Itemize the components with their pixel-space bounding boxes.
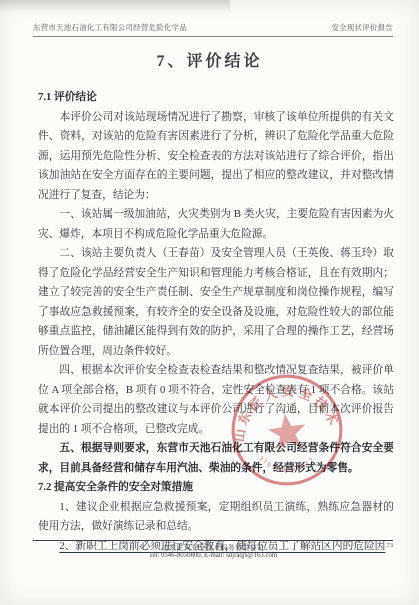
conclusion-item-2: 二、该站主要负责人（王春苗）及安全管理人员（王英俊、蒋玉玲）取得了危险化学品经营… xyxy=(38,244,394,361)
header-right-text: 安全现状评价报告 xyxy=(331,22,393,33)
footer-rule xyxy=(33,540,393,541)
header-left-text: 东营市天池石油化工有限公司经营危险化学品 xyxy=(33,22,187,33)
page-title: 7、评价结论 xyxy=(0,48,419,71)
footer-contact: Tel: 0546-8050800, E-mail: sdjraqjs@163.… xyxy=(33,552,393,559)
page-number: 73 xyxy=(387,542,394,549)
document-body: 7.1 评价结论 本评价公司对该站现场情况进行了勘察，审核了该单位所提供的有关文… xyxy=(38,88,394,556)
page-header: 东营市天池石油化工有限公司经营危险化学品 安全现状评价报告 xyxy=(33,22,393,37)
section-7-1-heading: 7.1 评价结论 xyxy=(38,88,394,108)
conclusion-item-5: 五、根据导则要求，东营市天池石油化工有限公司经营条件符合安全要求，目前具备经营和… xyxy=(38,439,394,478)
section-7-2-heading: 7.2 提高安全条件的安全对策措施 xyxy=(38,478,394,498)
measure-item-1: 1、建议企业根据应急救援预案，定期组织员工演练，熟练应急器材的使用方法，做好演练… xyxy=(38,498,394,537)
document-page: 东营市天池石油化工有限公司经营危险化学品 安全现状评价报告 7、评价结论 7.1… xyxy=(0,0,419,605)
conclusion-item-1: 一、该站属一级加油站，火灾类别为 B 类火灾，主要危险有害因素为火灾、爆炸，本项… xyxy=(38,205,394,244)
scan-shadow xyxy=(0,0,230,12)
conclusion-item-4: 四、根据本次评价安全检查表检查结果和整改情况复查结果，被评价单位 A 项全部合格… xyxy=(38,361,394,439)
intro-paragraph: 本评价公司对该站现场情况进行了勘察，审核了该单位所提供的有关文件、资料，对该站的… xyxy=(38,108,394,206)
